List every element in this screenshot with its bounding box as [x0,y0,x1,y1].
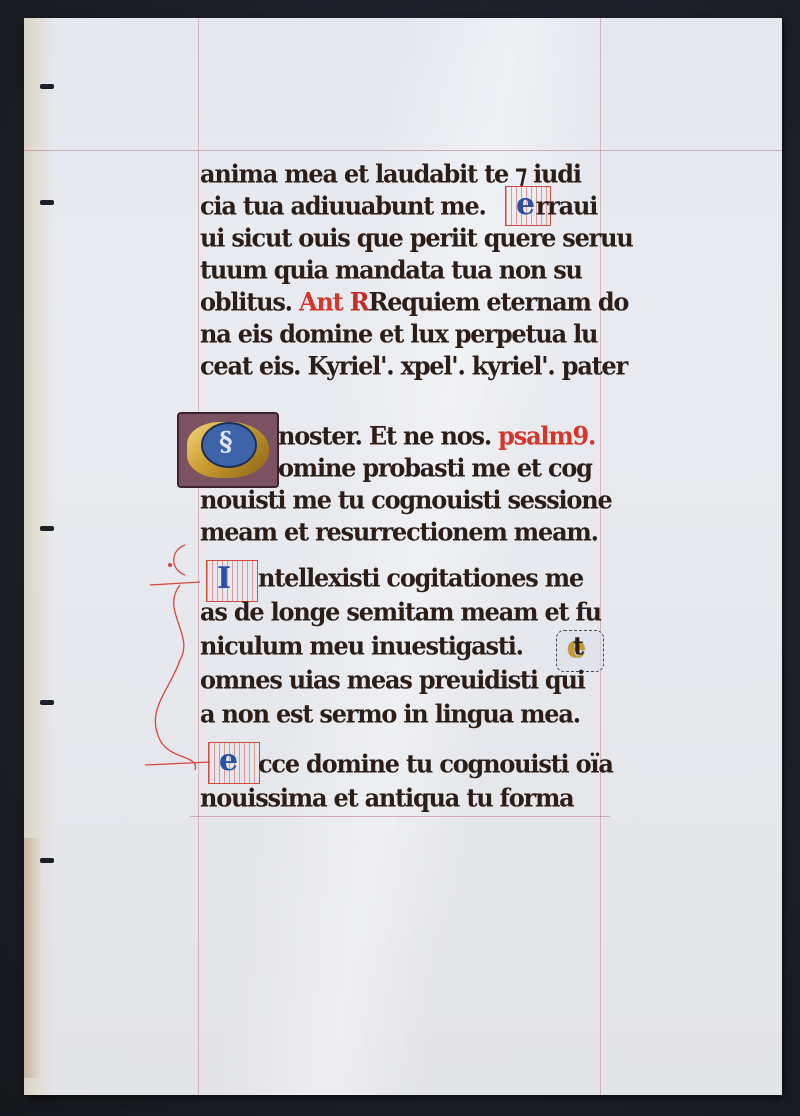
ruling-line-bottom [190,816,610,817]
text-line: noster. Et ne nos. psalm9. [278,419,595,452]
text-line: anima mea et laudabit te ⁊ iudi [200,157,581,190]
text-line: na eis domine et lux perpetua lu [200,317,597,350]
rubric-antiphon: Ant [299,286,343,316]
edge-nick [40,858,54,863]
text-line: ntellexisti cogitationes me [258,561,583,594]
text-line: cce domine tu cognouisti oïa [258,747,613,780]
edge-nick [40,200,54,205]
rubric-psalm: psalm9. [498,420,595,450]
text-line: cia tua adiuuabunt me.rraui [200,189,597,222]
text-line: niculum meu inuestigasti.t [200,629,583,662]
text-line: ceat eis. Kyriel'. xpel'. kyriel'. pater [200,349,627,382]
illuminated-initial-d [177,412,279,488]
blue-initial-field [201,422,257,468]
text-line: meam et resurrectionem meam. [200,515,598,548]
text-line: nouissima et antiqua tu forma [200,781,574,814]
text-line: oblitus. Ant RRequiem eternam do [200,285,628,318]
text-line: nouisti me tu cognouisti sessione [200,483,612,516]
text-line: omine probasti me et cog [278,451,592,484]
text-line: ui sicut ouis que periit quere seruu [200,221,633,254]
edge-nick [40,526,54,531]
ruling-line-right [600,18,601,1095]
edge-nick [40,700,54,705]
text-line: tuum quia mandata tua non su [200,253,582,286]
text-line: as de longe semitam meam et fu [200,595,601,628]
text-line: a non est sermo in lingua mea. [200,697,580,730]
edge-nick [40,84,54,89]
penwork-initial-e: e [208,742,260,784]
text-line: omnes uias meas preuidisti qui [200,663,585,696]
ruling-line-top [24,150,782,151]
